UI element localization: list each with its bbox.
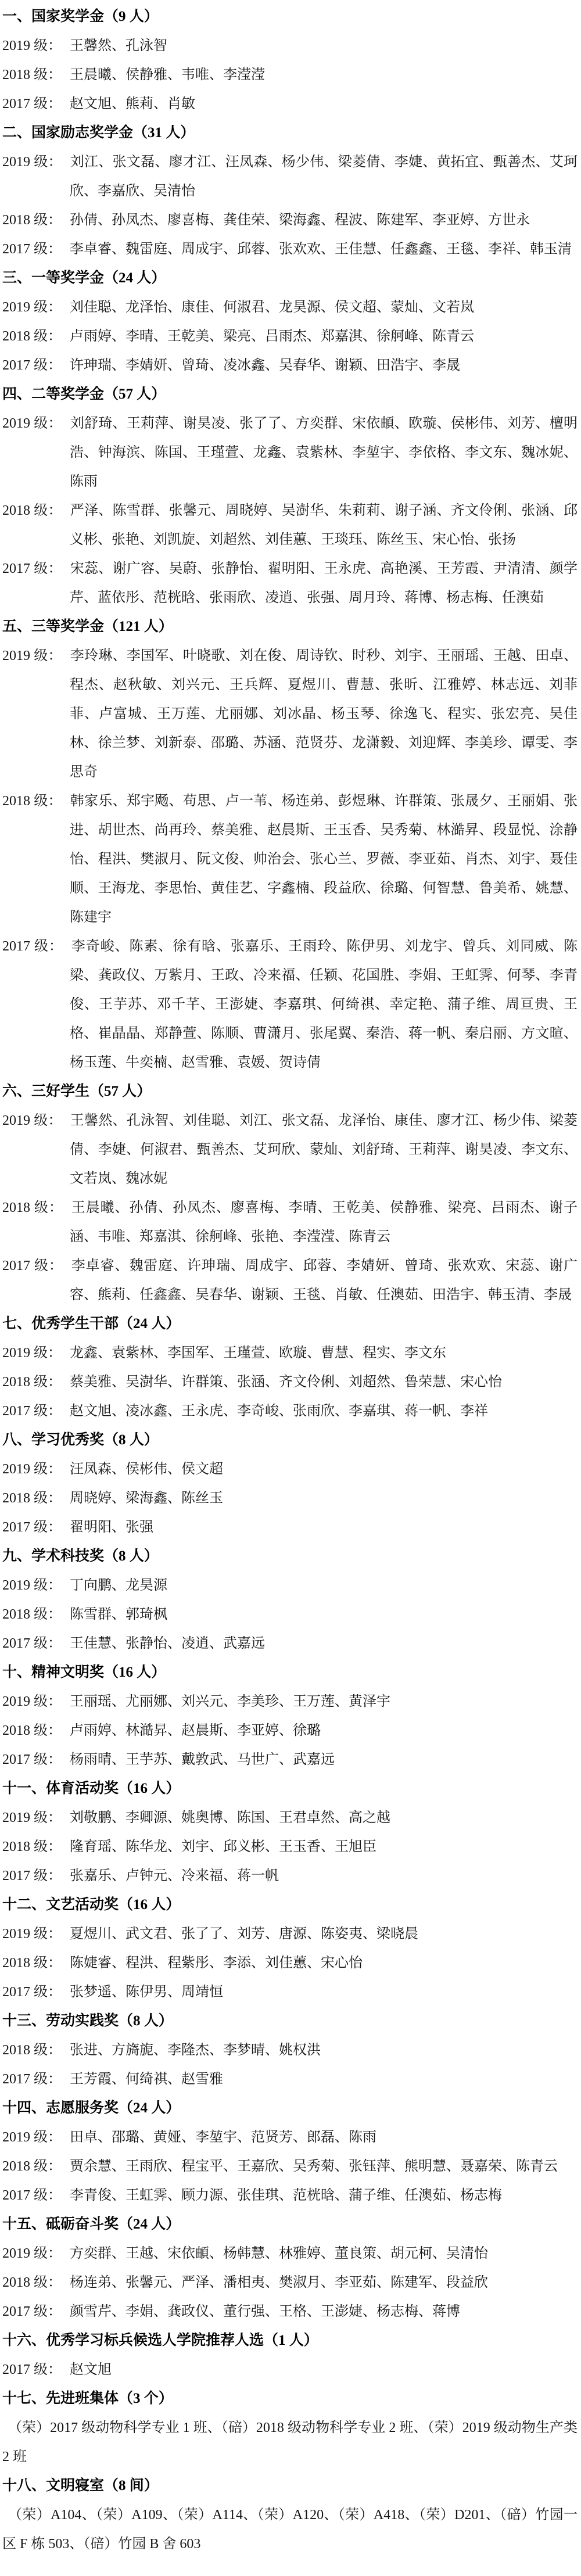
grade-label: 2018 级： xyxy=(2,329,70,344)
award-row: 2017 级：张梦遥、陈伊男、周靖恒 xyxy=(2,1978,578,2007)
grade-label: 2018 级： xyxy=(2,1956,70,1971)
grade-label: 2018 级： xyxy=(2,794,70,809)
award-row: 2017 级：宋蕊、谢广容、吴蔚、张静怡、翟明阳、王永虎、高艳溪、王芳霞、尹清清… xyxy=(2,554,578,612)
award-row-unlabeled: （荣）A104、（荣）A109、（荣）A114、（荣）A120、（荣）A418、… xyxy=(2,2500,578,2559)
award-section: 八、学习优秀奖（8 人）2019 级：汪凤森、侯彬伟、侯文超2018 级：周晓婷… xyxy=(2,1426,578,1542)
grade-label: 2017 级： xyxy=(2,2362,70,2377)
names-text: 严泽、陈雪群、张馨元、周晓婷、吴澍华、朱莉莉、谢子涵、齐文伶俐、张涵、邱义彬、张… xyxy=(70,503,578,547)
grade-label: 2017 级： xyxy=(2,2188,70,2203)
award-row: 2018 级：严泽、陈雪群、张馨元、周晓婷、吴澍华、朱莉莉、谢子涵、齐文伶俐、张… xyxy=(2,496,578,554)
names-text: 王馨然、孔泳智、刘佳聪、刘江、张文磊、龙泽怡、康佳、廖才江、杨少伟、梁菱倩、李婕… xyxy=(70,1113,578,1186)
grade-label: 2019 级： xyxy=(2,2130,70,2145)
grade-label: 2017 级： xyxy=(2,1985,70,2000)
award-row: 2018 级：卢雨婷、李晴、王乾美、梁亮、吕雨杰、郑嘉淇、徐舸峰、陈青云 xyxy=(2,322,578,351)
award-row: 2019 级：汪凤森、侯彬伟、侯文超 xyxy=(2,1455,578,1484)
award-section: 四、二等奖学金（57 人）2019 级：刘舒琦、王莉萍、谢昊凌、张了了、方奕群、… xyxy=(2,380,578,612)
award-row: 2018 级：杨连弟、张馨元、严泽、潘相夷、樊淑月、李亚茹、陈建军、段益欣 xyxy=(2,2268,578,2297)
award-section: 十、精神文明奖（16 人）2019 级：王丽瑶、尤丽娜、刘兴元、李美珍、王万莲、… xyxy=(2,1658,578,1774)
award-section: 十三、劳动实践奖（8 人）2018 级：张进、方旖旎、李隆杰、李梦晴、姚权洪20… xyxy=(2,2007,578,2094)
grade-label: 2019 级： xyxy=(2,300,70,315)
award-section: 十五、砥砺奋斗奖（24 人）2019 级：方奕群、王越、宋依頔、杨韩慧、林雅婷、… xyxy=(2,2210,578,2326)
award-row: 2019 级：王丽瑶、尤丽娜、刘兴元、李美珍、王万莲、黄泽宇 xyxy=(2,1687,578,1716)
names-text: 刘敬鹏、李卿源、姚奥博、陈国、王君卓然、高之越 xyxy=(70,1810,390,1825)
grade-label: 2018 级： xyxy=(2,503,70,518)
names-text: 卢雨婷、林澔昇、赵晨斯、李亚婷、徐璐 xyxy=(70,1723,321,1738)
section-title: 九、学术科技奖（8 人） xyxy=(2,1542,578,1571)
award-row: 2018 级：韩家乐、郑宇飏、苟思、卢一苇、杨连弟、彭煜琳、许群策、张晟夕、王丽… xyxy=(2,787,578,932)
award-row: 2018 级：贾余慧、王雨欣、程宝平、王嘉欣、吴秀菊、张钰萍、熊明慧、聂嘉荣、陈… xyxy=(2,2152,578,2181)
names-text: 王晨曦、孙倩、孙凤杰、廖喜梅、李晴、王乾美、侯静雅、梁亮、吕雨杰、谢子涵、韦唯、… xyxy=(70,1200,578,1244)
names-text: 陈雪群、郭琦枫 xyxy=(70,1607,167,1622)
names-text: 王芳霞、何绮祺、赵雪雅 xyxy=(70,2072,223,2087)
names-text: 张梦遥、陈伊男、周靖恒 xyxy=(70,1985,223,2000)
grade-label: 2017 级： xyxy=(2,1258,71,1273)
section-title: 八、学习优秀奖（8 人） xyxy=(2,1426,578,1455)
grade-label: 2018 级： xyxy=(2,1375,70,1390)
award-section: 十七、先进班集体（3 个）（荣）2017 级动物科学专业 1 班、（碚）2018… xyxy=(2,2384,578,2471)
names-text: 张进、方旖旎、李隆杰、李梦晴、姚权洪 xyxy=(70,2043,321,2058)
names-text: 王晨曦、侯静雅、韦唯、李滢滢 xyxy=(70,67,265,82)
names-text: 卢雨婷、李晴、王乾美、梁亮、吕雨杰、郑嘉淇、徐舸峰、陈青云 xyxy=(70,329,474,344)
section-title: 一、国家奖学金（9 人） xyxy=(2,2,578,31)
award-row: 2017 级：翟明阳、张强 xyxy=(2,1513,578,1542)
names-text: 王丽瑶、尤丽娜、刘兴元、李美珍、王万莲、黄泽宇 xyxy=(70,1694,390,1709)
grade-label: 2018 级： xyxy=(2,1491,70,1506)
grade-label: 2017 级： xyxy=(2,1752,70,1767)
award-row: 2017 级：赵文旭、凌冰鑫、王永虎、李奇峻、张雨欣、李嘉琪、蒋一帆、李祥 xyxy=(2,1397,578,1426)
grade-label: 2018 级： xyxy=(2,1723,70,1738)
award-row: 2017 级：赵文旭、熊莉、肖敏 xyxy=(2,89,578,119)
names-text: 李玲琳、李国军、叶晓歌、刘在俊、周诗钦、时秒、刘宇、王丽瑶、王越、田卓、程杰、赵… xyxy=(70,648,578,780)
names-text: 韩家乐、郑宇飏、苟思、卢一苇、杨连弟、彭煜琳、许群策、张晟夕、王丽娟、张进、胡世… xyxy=(70,794,578,925)
award-row: 2018 级：蔡美雅、吴澍华、许群策、张涵、齐文伶俐、刘超然、鲁荣慧、宋心怡 xyxy=(2,1368,578,1397)
names-text: 李奇峻、陈素、徐有晗、张嘉乐、王雨玲、陈伊男、刘龙宇、曾兵、刘同威、陈梁、龚政仪… xyxy=(70,939,578,1070)
names-text: 王馨然、孔泳智 xyxy=(70,38,167,53)
award-section: 十八、文明寝室（8 间）（荣）A104、（荣）A109、（荣）A114、（荣）A… xyxy=(2,2471,578,2559)
grade-label: 2017 级： xyxy=(2,96,70,112)
section-title: 十六、优秀学习标兵候选人学院推荐人选（1 人） xyxy=(2,2326,578,2355)
award-row: 2018 级：陈婕睿、程洪、程紫彤、李添、刘佳蕙、宋心怡 xyxy=(2,1949,578,1978)
names-text: 王佳慧、张静怡、凌逍、武嘉远 xyxy=(70,1636,265,1651)
grade-label: 2019 级： xyxy=(2,155,70,170)
grade-label: 2019 级： xyxy=(2,416,70,431)
grade-label: 2017 级： xyxy=(2,939,71,954)
grade-label: 2019 级： xyxy=(2,648,70,663)
award-row: 2017 级：李卓睿、魏雷庭、许珅瑞、周成宇、邱蓉、李婧妍、曾琦、张欢欢、宋蕊、… xyxy=(2,1251,578,1309)
section-title: 三、一等奖学金（24 人） xyxy=(2,264,578,293)
award-row: 2018 级：张进、方旖旎、李隆杰、李梦晴、姚权洪 xyxy=(2,2036,578,2065)
award-row: 2017 级：赵文旭 xyxy=(2,2355,578,2384)
award-row: 2019 级：李玲琳、李国军、叶晓歌、刘在俊、周诗钦、时秒、刘宇、王丽瑶、王越、… xyxy=(2,641,578,787)
grade-label: 2017 级： xyxy=(2,1404,70,1419)
award-row: 2019 级：龙鑫、袁紫林、李国军、王瑾萱、欧璇、曹慧、程实、李文东 xyxy=(2,1339,578,1368)
award-list-page: 一、国家奖学金（9 人）2019 级：王馨然、孔泳智2018 级：王晨曦、侯静雅… xyxy=(0,0,581,2576)
names-text: 宋蕊、谢广容、吴蔚、张静怡、翟明阳、王永虎、高艳溪、王芳霞、尹清清、颜学芹、蓝依… xyxy=(70,561,578,605)
award-section: 九、学术科技奖（8 人）2019 级：丁向鹏、龙昊源2018 级：陈雪群、郭琦枫… xyxy=(2,1542,578,1658)
award-row: 2017 级：张嘉乐、卢钟元、冷来福、蒋一帆 xyxy=(2,1861,578,1890)
section-title: 十五、砥砺奋斗奖（24 人） xyxy=(2,2210,578,2239)
award-section: 二、国家励志奖学金（31 人）2019 级：刘江、张文磊、廖才江、汪凤森、杨少伟… xyxy=(2,119,578,264)
names-text: 刘江、张文磊、廖才江、汪凤森、杨少伟、梁菱倩、李婕、黄拓宜、甄善杰、艾珂欣、李嘉… xyxy=(70,155,578,199)
award-row: 2019 级：田卓、邵璐、黄娅、李堃宇、范贤芳、郎磊、陈雨 xyxy=(2,2123,578,2152)
award-row: 2019 级：刘敬鹏、李卿源、姚奥博、陈国、王君卓然、高之越 xyxy=(2,1803,578,1832)
section-title: 二、国家励志奖学金（31 人） xyxy=(2,119,578,148)
names-text: 贾余慧、王雨欣、程宝平、王嘉欣、吴秀菊、张钰萍、熊明慧、聂嘉荣、陈青云 xyxy=(70,2159,558,2174)
names-text: 方奕群、王越、宋依頔、杨韩慧、林雅婷、董良策、胡元柯、吴清怡 xyxy=(70,2246,488,2261)
names-text: 夏煜川、武文君、张了了、刘芳、唐源、陈姿夷、梁晓晨 xyxy=(70,1926,418,1942)
names-text: 李卓睿、魏雷庭、许珅瑞、周成宇、邱蓉、李婧妍、曾琦、张欢欢、宋蕊、谢广容、熊莉、… xyxy=(70,1258,578,1303)
names-text: 周晓婷、梁海鑫、陈丝玉 xyxy=(70,1491,223,1506)
section-title: 十、精神文明奖（16 人） xyxy=(2,1658,578,1687)
grade-label: 2017 级： xyxy=(2,1636,70,1651)
grade-label: 2019 级： xyxy=(2,1926,70,1942)
grade-label: 2017 级： xyxy=(2,2072,70,2087)
section-title: 十八、文明寝室（8 间） xyxy=(2,2471,578,2500)
names-text: 赵文旭、熊莉、肖敏 xyxy=(70,96,195,112)
section-title: 十七、先进班集体（3 个） xyxy=(2,2384,578,2413)
award-section: 六、三好学生（57 人）2019 级：王馨然、孔泳智、刘佳聪、刘江、张文磊、龙泽… xyxy=(2,1077,578,1309)
grade-label: 2018 级： xyxy=(2,1200,71,1215)
names-text: 杨连弟、张馨元、严泽、潘相夷、樊淑月、李亚茹、陈建军、段益欣 xyxy=(70,2275,488,2290)
award-row: 2017 级：李青俊、王虹霁、顾力源、张佳琪、范桄晗、蒲子维、任澳茹、杨志梅 xyxy=(2,2181,578,2210)
award-section: 五、三等奖学金（121 人）2019 级：李玲琳、李国军、叶晓歌、刘在俊、周诗钦… xyxy=(2,612,578,1077)
names-text: 孙倩、孙凤杰、廖喜梅、龚佳荣、梁海鑫、程波、陈建军、李亚婷、方世永 xyxy=(70,213,530,228)
award-row: 2017 级：李卓睿、魏雷庭、周成宇、邱蓉、张欢欢、王佳慧、任鑫鑫、王毯、李祥、… xyxy=(2,235,578,264)
award-section: 十二、文艺活动奖（16 人）2019 级：夏煜川、武文君、张了了、刘芳、唐源、陈… xyxy=(2,1890,578,2007)
grade-label: 2017 级： xyxy=(2,242,70,257)
grade-label: 2019 级： xyxy=(2,2246,70,2261)
section-title: 七、优秀学生干部（24 人） xyxy=(2,1309,578,1339)
names-text: 陈婕睿、程洪、程紫彤、李添、刘佳蕙、宋心怡 xyxy=(70,1956,363,1971)
grade-label: 2017 级： xyxy=(2,2304,70,2319)
names-text: 赵文旭 xyxy=(70,2362,112,2377)
names-text: 隆育瑶、陈华龙、刘宇、邱义彬、王玉香、王旭臣 xyxy=(70,1839,376,1854)
names-text: 汪凤森、侯彬伟、侯文超 xyxy=(70,1462,223,1477)
grade-label: 2019 级： xyxy=(2,1578,70,1593)
award-section: 十一、体育活动奖（16 人）2019 级：刘敬鹏、李卿源、姚奥博、陈国、王君卓然… xyxy=(2,1774,578,1890)
award-row: 2019 级：刘江、张文磊、廖才江、汪凤森、杨少伟、梁菱倩、李婕、黄拓宜、甄善杰… xyxy=(2,148,578,206)
award-section: 十六、优秀学习标兵候选人学院推荐人选（1 人）2017 级：赵文旭 xyxy=(2,2326,578,2384)
names-text: 蔡美雅、吴澍华、许群策、张涵、齐文伶俐、刘超然、鲁荣慧、宋心怡 xyxy=(70,1375,502,1390)
grade-label: 2018 级： xyxy=(2,2275,70,2290)
names-text: 刘佳聪、龙泽怡、康佳、何淑君、龙昊源、侯文超、蒙灿、文若岚 xyxy=(70,300,474,315)
award-row: 2017 级：许珅瑞、李婧妍、曾琦、凌冰鑫、吴春华、谢颖、田浩宇、李晟 xyxy=(2,351,578,380)
award-row: 2018 级：陈雪群、郭琦枫 xyxy=(2,1600,578,1629)
award-row: 2018 级：卢雨婷、林澔昇、赵晨斯、李亚婷、徐璐 xyxy=(2,1716,578,1745)
grade-label: 2019 级： xyxy=(2,1810,70,1825)
names-text: 李卓睿、魏雷庭、周成宇、邱蓉、张欢欢、王佳慧、任鑫鑫、王毯、李祥、韩玉清 xyxy=(70,242,572,257)
section-title: 四、二等奖学金（57 人） xyxy=(2,380,578,409)
names-text: （荣）A104、（荣）A109、（荣）A114、（荣）A120、（荣）A418、… xyxy=(2,2507,578,2552)
names-text: 颜雪芹、李娟、龚政仪、董行强、王格、王澎婕、杨志梅、蒋博 xyxy=(70,2304,460,2319)
award-section: 一、国家奖学金（9 人）2019 级：王馨然、孔泳智2018 级：王晨曦、侯静雅… xyxy=(2,2,578,119)
names-text: 李青俊、王虹霁、顾力源、张佳琪、范桄晗、蒲子维、任澳茹、杨志梅 xyxy=(70,2188,502,2203)
award-row: 2017 级：王芳霞、何绮祺、赵雪雅 xyxy=(2,2065,578,2094)
award-row-unlabeled: （荣）2017 级动物科学专业 1 班、（碚）2018 级动物科学专业 2 班、… xyxy=(2,2413,578,2471)
award-row: 2017 级：李奇峻、陈素、徐有晗、张嘉乐、王雨玲、陈伊男、刘龙宇、曾兵、刘同威… xyxy=(2,932,578,1077)
names-text: （荣）2017 级动物科学专业 1 班、（碚）2018 级动物科学专业 2 班、… xyxy=(2,2420,578,2464)
section-title: 十四、志愿服务奖（24 人） xyxy=(2,2094,578,2123)
award-row: 2018 级：周晓婷、梁海鑫、陈丝玉 xyxy=(2,1484,578,1513)
award-row: 2017 级：王佳慧、张静怡、凌逍、武嘉远 xyxy=(2,1629,578,1658)
grade-label: 2019 级： xyxy=(2,1346,70,1361)
grade-label: 2018 级： xyxy=(2,67,70,82)
names-text: 丁向鹏、龙昊源 xyxy=(70,1578,167,1593)
section-title: 十二、文艺活动奖（16 人） xyxy=(2,1890,578,1920)
names-text: 翟明阳、张强 xyxy=(70,1520,153,1535)
grade-label: 2019 级： xyxy=(2,1113,70,1128)
award-row: 2017 级：杨雨晴、王芋苏、戴敦武、马世广、武嘉远 xyxy=(2,1745,578,1774)
grade-label: 2018 级： xyxy=(2,1607,70,1622)
names-text: 龙鑫、袁紫林、李国军、王瑾萱、欧璇、曹慧、程实、李文东 xyxy=(70,1346,446,1361)
grade-label: 2017 级： xyxy=(2,358,70,373)
award-section: 七、优秀学生干部（24 人）2019 级：龙鑫、袁紫林、李国军、王瑾萱、欧璇、曹… xyxy=(2,1309,578,1426)
section-title: 五、三等奖学金（121 人） xyxy=(2,612,578,641)
award-row: 2019 级：夏煜川、武文君、张了了、刘芳、唐源、陈姿夷、梁晓晨 xyxy=(2,1920,578,1949)
names-text: 田卓、邵璐、黄娅、李堃宇、范贤芳、郎磊、陈雨 xyxy=(70,2130,376,2145)
award-row: 2019 级：丁向鹏、龙昊源 xyxy=(2,1571,578,1600)
award-row: 2019 级：刘舒琦、王莉萍、谢昊凌、张了了、方奕群、宋依頔、欧璇、侯彬伟、刘芳… xyxy=(2,409,578,496)
award-row: 2019 级：刘佳聪、龙泽怡、康佳、何淑君、龙昊源、侯文超、蒙灿、文若岚 xyxy=(2,293,578,322)
section-title: 六、三好学生（57 人） xyxy=(2,1077,578,1106)
grade-label: 2019 级： xyxy=(2,1694,70,1709)
grade-label: 2018 级： xyxy=(2,2043,70,2058)
award-row: 2019 级：王馨然、孔泳智、刘佳聪、刘江、张文磊、龙泽怡、康佳、廖才江、杨少伟… xyxy=(2,1106,578,1193)
award-row: 2018 级：王晨曦、侯静雅、韦唯、李滢滢 xyxy=(2,60,578,89)
grade-label: 2018 级： xyxy=(2,1839,70,1854)
names-text: 许珅瑞、李婧妍、曾琦、凌冰鑫、吴春华、谢颖、田浩宇、李晟 xyxy=(70,358,460,373)
grade-label: 2018 级： xyxy=(2,2159,70,2174)
names-text: 张嘉乐、卢钟元、冷来福、蒋一帆 xyxy=(70,1868,279,1883)
names-text: 杨雨晴、王芋苏、戴敦武、马世广、武嘉远 xyxy=(70,1752,335,1767)
award-section: 三、一等奖学金（24 人）2019 级：刘佳聪、龙泽怡、康佳、何淑君、龙昊源、侯… xyxy=(2,264,578,380)
section-title: 十三、劳动实践奖（8 人） xyxy=(2,2007,578,2036)
grade-label: 2017 级： xyxy=(2,1520,70,1535)
award-row: 2019 级：方奕群、王越、宋依頔、杨韩慧、林雅婷、董良策、胡元柯、吴清怡 xyxy=(2,2239,578,2268)
award-row: 2018 级：王晨曦、孙倩、孙凤杰、廖喜梅、李晴、王乾美、侯静雅、梁亮、吕雨杰、… xyxy=(2,1193,578,1251)
section-title: 十一、体育活动奖（16 人） xyxy=(2,1774,578,1803)
award-row: 2019 级：王馨然、孔泳智 xyxy=(2,31,578,60)
award-row: 2018 级：隆育瑶、陈华龙、刘宇、邱义彬、王玉香、王旭臣 xyxy=(2,1832,578,1861)
names-text: 赵文旭、凌冰鑫、王永虎、李奇峻、张雨欣、李嘉琪、蒋一帆、李祥 xyxy=(70,1404,488,1419)
grade-label: 2019 级： xyxy=(2,38,70,53)
award-row: 2018 级：孙倩、孙凤杰、廖喜梅、龚佳荣、梁海鑫、程波、陈建军、李亚婷、方世永 xyxy=(2,206,578,235)
award-row: 2017 级：颜雪芹、李娟、龚政仪、董行强、王格、王澎婕、杨志梅、蒋博 xyxy=(2,2297,578,2326)
grade-label: 2017 级： xyxy=(2,1868,70,1883)
names-text: 刘舒琦、王莉萍、谢昊凌、张了了、方奕群、宋依頔、欧璇、侯彬伟、刘芳、檀明浩、钟海… xyxy=(70,416,578,489)
grade-label: 2018 级： xyxy=(2,213,70,228)
grade-label: 2019 级： xyxy=(2,1462,70,1477)
grade-label: 2017 级： xyxy=(2,561,70,576)
award-section: 十四、志愿服务奖（24 人）2019 级：田卓、邵璐、黄娅、李堃宇、范贤芳、郎磊… xyxy=(2,2094,578,2210)
